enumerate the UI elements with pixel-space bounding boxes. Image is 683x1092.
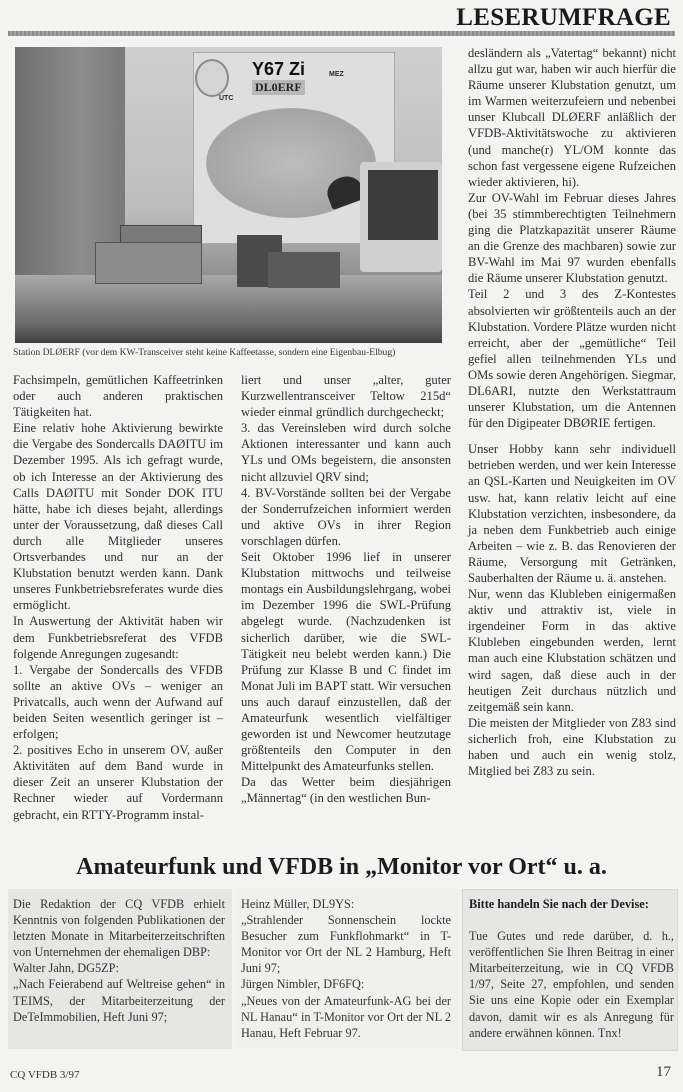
paragraph: Nur, wenn das Klubleben einigermaßen akt… <box>468 586 676 715</box>
paragraph-gap <box>469 912 674 928</box>
footer-publication: CQ VFDB 3/97 <box>10 1069 79 1081</box>
paragraph: 3. das Vereinsleben wird durch solche Ak… <box>241 420 451 484</box>
paragraph: 4. BV-Vorstände sollten bei der Vergabe … <box>241 485 451 549</box>
publication-reference: „Strahlender Sonnenschein lockte Besuche… <box>241 912 451 976</box>
sidebar-article-title: Amateurfunk und VFDB in „Monitor vor Ort… <box>0 854 683 881</box>
paragraph: Eine relativ hohe Aktivierung bewirkte d… <box>13 420 223 613</box>
author-line: Jürgen Nimbler, DF6FQ: <box>241 976 451 992</box>
paragraph: In Auswertung der Aktivität haben wir de… <box>13 613 223 661</box>
paragraph: Fachsimpeln, gemütlichen Kaffeetrinken o… <box>13 372 223 420</box>
photo-monitor-screen <box>368 170 438 240</box>
article-column-2: liert und unser „alter, guter Kurzwellen… <box>241 372 451 807</box>
paragraph: Unser Hobby kann sehr individuell betrie… <box>468 441 676 586</box>
paragraph: desländern als „Vatertag“ bekannt) nicht… <box>468 45 676 190</box>
article-column-3: desländern als „Vatertag“ bekannt) nicht… <box>468 45 676 779</box>
publication-reference: „Neues von der Amateurfunk-AG bei der NL… <box>241 993 451 1041</box>
sidebar-column-3: Bitte handeln Sie nach der Devise: Tue G… <box>469 896 674 1041</box>
call-to-action-heading: Bitte handeln Sie nach der Devise: <box>469 896 674 912</box>
sidebar-column-1: Die Redaktion der CQ VFDB erhielt Kenntn… <box>13 896 225 1025</box>
photo-map-club-call: DL0ERF <box>252 80 305 95</box>
author-line: Heinz Müller, DL9YS: <box>241 896 451 912</box>
photo-clock-icon <box>195 59 229 97</box>
photo-monitor <box>360 162 442 272</box>
photo-map-callsign: Y67 Zi <box>252 59 305 80</box>
call-to-action-body: Tue Gutes und rede darüber, d. h., veröf… <box>469 928 674 1041</box>
paragraph: liert und unser „alter, guter Kurzwellen… <box>241 372 451 420</box>
photo-map-utc: UTC <box>219 95 233 102</box>
publication-reference: „Nach Feierabend auf Weltreise gehen“ in… <box>13 976 225 1024</box>
paragraph: Zur OV-Wahl im Februar dieses Jahres (be… <box>468 190 676 287</box>
author-line: Walter Jahn, DG5ZP: <box>13 960 225 976</box>
article-column-1: Fachsimpeln, gemütlichen Kaffeetrinken o… <box>13 372 223 823</box>
paragraph: Die meisten der Mitglieder von Z83 sind … <box>468 715 676 779</box>
sidebar-column-2: Heinz Müller, DL9YS: „Strahlender Sonnen… <box>241 896 451 1041</box>
paragraph: 1. Vergabe der Sondercalls des VFDB soll… <box>13 662 223 742</box>
station-photo: Y67 Zi DL0ERF UTC MEZ <box>15 47 442 343</box>
paragraph-gap <box>468 431 676 441</box>
paragraph: Da das Wetter beim diesjährigen „Männert… <box>241 774 451 806</box>
photo-caption: Station DLØERF (vor dem KW-Transceiver s… <box>13 347 453 358</box>
photo-desk <box>15 275 442 343</box>
paragraph: Teil 2 und 3 des Z-Kontestes absolvierte… <box>468 286 676 431</box>
section-title: LESERUMFRAGE <box>456 4 671 32</box>
paragraph: 2. positives Echo in unserem OV, außer A… <box>13 742 223 822</box>
photo-transceiver <box>95 242 202 284</box>
paragraph: Seit Oktober 1996 lief in unserer Klubst… <box>241 549 451 774</box>
photo-tuner <box>268 252 340 288</box>
photo-map-mez: MEZ <box>329 71 344 78</box>
paragraph: Die Redaktion der CQ VFDB erhielt Kenntn… <box>13 896 225 960</box>
page-number: 17 <box>656 1064 671 1081</box>
header-divider <box>8 31 675 36</box>
